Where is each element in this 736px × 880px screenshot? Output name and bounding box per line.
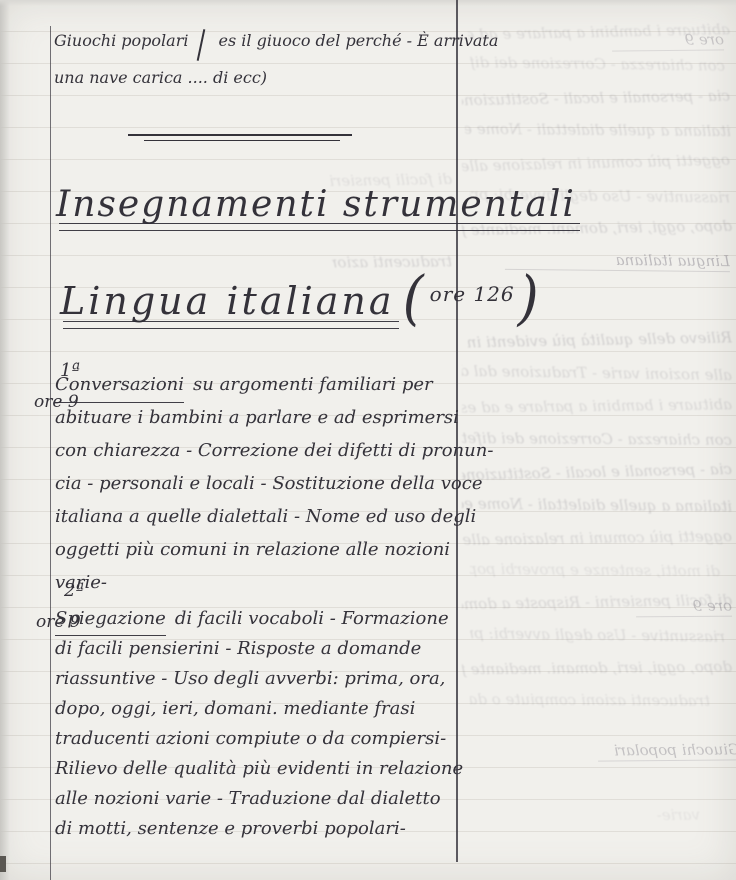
subject-title: Lingua italiana(ore 126) <box>60 272 542 327</box>
paragraph-1-lead-word: Conversazioni <box>55 368 184 403</box>
subject-hours: (ore 126) <box>403 274 542 323</box>
paragraph-1-line: varie- <box>55 566 493 599</box>
paragraph-2-line: di facili pensierini - Risposte a domand… <box>55 634 463 664</box>
handwritten-content: Giuochi popolaries il giuoco del perché … <box>0 0 736 880</box>
paragraph-1-line: Conversazionisu argomenti familiari per <box>55 368 493 401</box>
header-note-line-2: una nave carica .... di ecc) <box>54 59 498 96</box>
close-paren: ) <box>518 272 542 325</box>
paragraph-1-line: italiana a quelle dialettali - Nome ed u… <box>55 500 493 533</box>
paragraph-2-line: dopo, oggi, ieri, domani. mediante frasi <box>55 694 463 724</box>
paragraph-1-line: abituare i bambini a parlare e ad esprim… <box>55 401 493 434</box>
paragraph-1-line: con chiarezza - Correzione dei difetti d… <box>55 434 493 467</box>
paragraph-1-line: cia - personali e locali - Sostituzione … <box>55 467 493 500</box>
subject-hours-text: ore 126 <box>427 282 518 306</box>
page-title-text: Insegnamenti strumentali <box>56 184 576 229</box>
paragraph-2-line: Spiegazionedi facili vocaboli - Formazio… <box>55 604 463 634</box>
paragraph-2: Spiegazionedi facili vocaboli - Formazio… <box>55 604 463 844</box>
header-note-part2: es il giuoco del perché - È arrivata <box>218 31 498 50</box>
open-paren: ( <box>403 272 427 325</box>
header-note-part1: Giuochi popolari <box>54 31 188 50</box>
page-title: Insegnamenti strumentali <box>56 184 576 229</box>
separator-stroke <box>197 29 206 61</box>
paragraph-2-line: traducenti azioni compiute o da compiers… <box>55 724 463 754</box>
decorative-double-rule-inner <box>144 140 340 141</box>
paragraph-1-line-rest: su argomenti familiari per <box>193 374 433 395</box>
paragraph-1: Conversazionisu argomenti familiari per … <box>55 368 493 599</box>
paragraph-2-line: alle nozioni varie - Traduzione dal dial… <box>55 784 463 814</box>
header-note-line-1: Giuochi popolaries il giuoco del perché … <box>54 22 498 59</box>
paragraph-2-line: di motti, sentenze e proverbi popolari- <box>55 814 463 844</box>
paragraph-2-line: riassuntive - Uso degli avverbi: prima, … <box>55 664 463 694</box>
subject-title-text: Lingua italiana <box>60 279 395 327</box>
paragraph-2-lead-word: Spiegazione <box>55 604 166 636</box>
paragraph-2-line-rest: di facili vocaboli - Formazione <box>175 608 449 629</box>
header-note: Giuochi popolaries il giuoco del perché … <box>54 22 498 96</box>
paragraph-2-line: Rilievo delle qualità più evidenti in re… <box>55 754 463 784</box>
decorative-double-rule <box>128 134 352 141</box>
scanned-notebook-page: abituare i bambini a parlare e ad esprim… <box>0 0 736 880</box>
margin-number-2: 2ª <box>64 580 84 601</box>
paragraph-1-line: oggetti più comuni in relazione alle noz… <box>55 533 493 566</box>
